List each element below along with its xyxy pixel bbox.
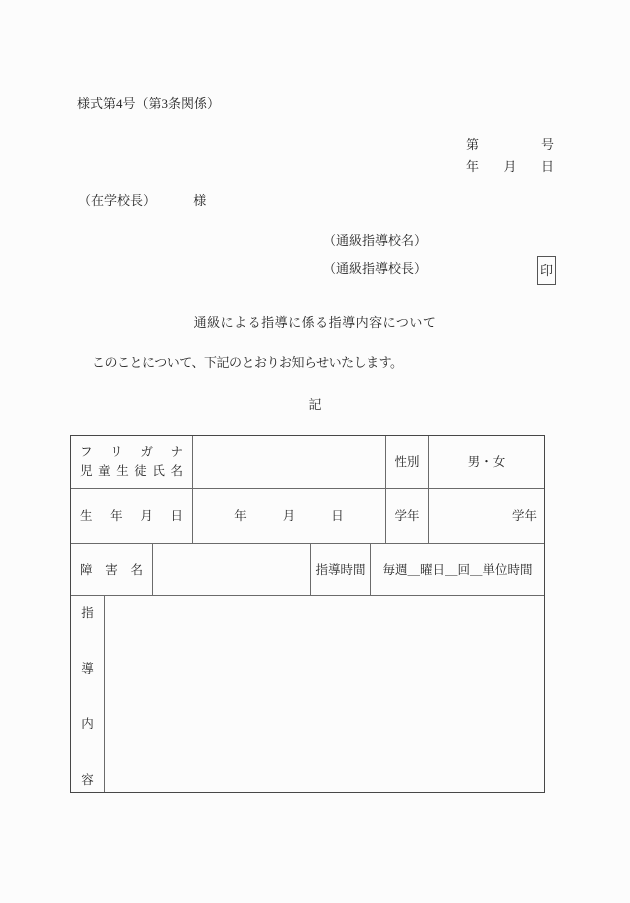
teaching-content-char-2: 導: [81, 661, 94, 677]
birth-day-label: 日: [331, 508, 344, 524]
table-row-birthdate: 生年月日 年 月 日 学年 学年: [71, 489, 544, 544]
name-row-header: フリガナ 児童生徒氏名: [71, 436, 193, 488]
birthdate-label: 生年月日: [80, 508, 183, 524]
doc-number-date-block: 第 号 年 月 日: [466, 134, 554, 178]
doc-number-suffix: 号: [541, 137, 554, 153]
document-page: 様式第4号（第3条関係） 第 号 年 月 日 （在学校長） 様 （通級指導校名）…: [0, 0, 630, 903]
teaching-time-value: 毎週＿曜日＿回＿単位時間: [371, 544, 544, 595]
student-name-label: 児童生徒氏名: [80, 462, 183, 481]
sex-value: 男・女: [429, 436, 544, 488]
addressee-name: （在学校長）: [78, 193, 156, 208]
teaching-content-char-3: 内: [81, 716, 94, 732]
birth-month-label: 月: [283, 508, 296, 524]
sender-principal-line: （通級指導校長）: [323, 261, 427, 277]
date-month-label: 月: [503, 159, 516, 175]
record-marker: 記: [0, 397, 630, 413]
birthdate-header: 生年月日: [71, 489, 193, 543]
birthdate-field: 年 月 日: [193, 489, 386, 543]
table-row-name: フリガナ 児童生徒氏名 性別 男・女: [71, 436, 544, 489]
seal-label: 印: [540, 263, 553, 279]
disability-field: [153, 544, 311, 595]
grade-value: 学年: [429, 489, 544, 543]
sex-header: 性別: [386, 436, 429, 488]
teaching-content-header: 指 導 内 容: [71, 596, 105, 792]
seal-box: 印: [537, 256, 556, 285]
disability-header: 障害名: [71, 544, 153, 595]
furigana-label: フリガナ: [80, 443, 183, 462]
document-body-text: このことについて、下記のとおりお知らせいたします。: [92, 355, 403, 371]
birth-year-label: 年: [234, 508, 247, 524]
disability-label: 障害名: [80, 562, 143, 578]
date-day-label: 日: [541, 159, 554, 175]
table-row-disability: 障害名 指導時間 毎週＿曜日＿回＿単位時間: [71, 544, 544, 596]
teaching-content-field: [105, 596, 544, 792]
addressee-honorific: 様: [193, 193, 206, 209]
addressee-line: （在学校長） 様: [78, 193, 206, 209]
date-year-label: 年: [466, 159, 479, 175]
table-row-teaching-content: 指 導 内 容: [71, 596, 544, 792]
sender-school-line: （通級指導校名）: [323, 233, 427, 249]
doc-date-line: 年 月 日: [466, 156, 554, 178]
document-subject: 通級による指導に係る指導内容について: [0, 315, 630, 331]
teaching-content-char-1: 指: [81, 605, 94, 621]
doc-number-line: 第 号: [466, 134, 554, 156]
form-table: フリガナ 児童生徒氏名 性別 男・女 生年月日 年 月 日 学年 学年 障害名: [70, 435, 545, 793]
student-name-field: [193, 436, 386, 488]
grade-header: 学年: [386, 489, 429, 543]
teaching-content-char-4: 容: [81, 772, 94, 788]
teaching-time-header: 指導時間: [311, 544, 371, 595]
form-number-label: 様式第4号（第3条関係）: [77, 96, 220, 112]
doc-number-prefix: 第: [466, 137, 479, 153]
